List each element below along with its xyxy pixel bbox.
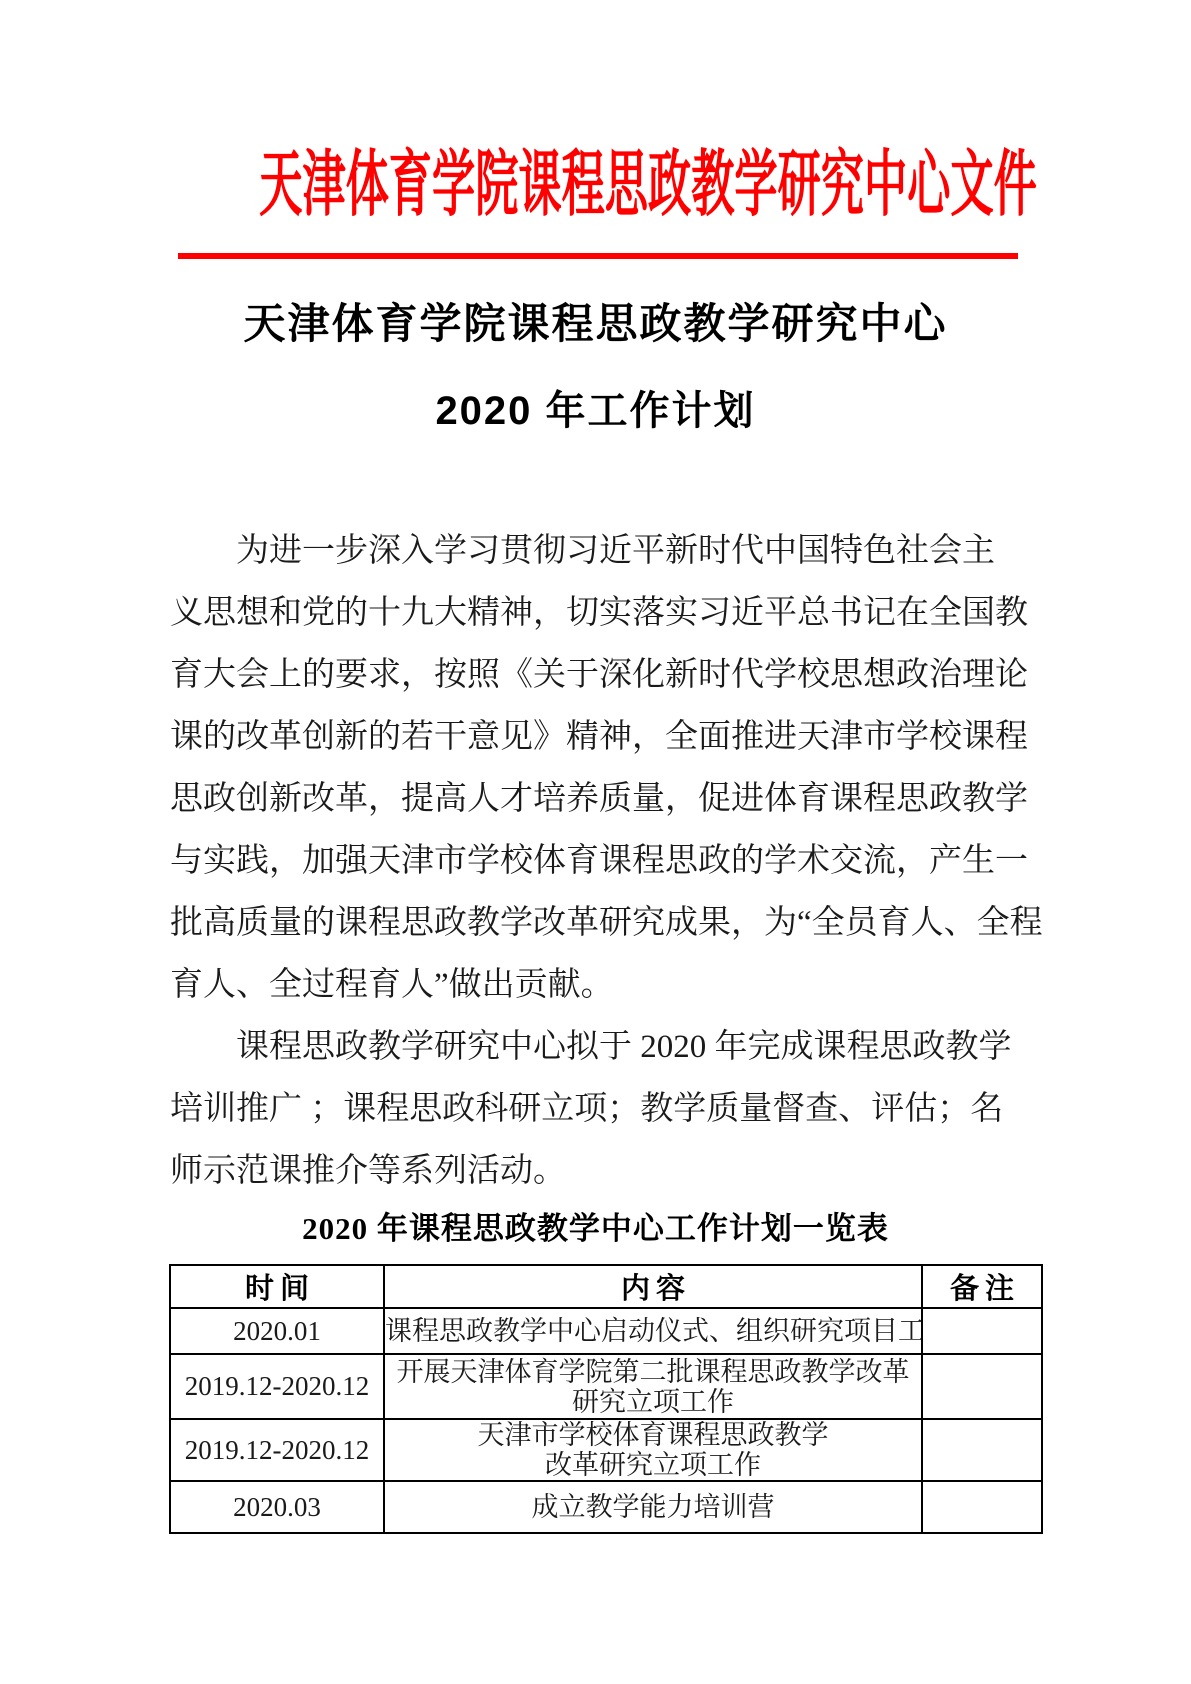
content-cell: 成立教学能力培训营	[384, 1481, 922, 1533]
table-row: 2019.12-2020.12 开展天津体育学院第二批课程思政教学改革研究立项工…	[170, 1354, 1042, 1419]
header-cell-content: 内容	[384, 1265, 922, 1308]
header-row: 时间 内容 备注	[170, 1265, 1042, 1308]
plan-table-title: 2020 年课程思政教学中心工作计划一览表	[0, 1206, 1191, 1252]
time-cell: 2020.01	[170, 1308, 384, 1354]
content-line: 成立教学能力培训营	[385, 1492, 921, 1522]
letterhead: 天津体育学院课程思政教学研究中心文件	[0, 144, 1191, 226]
body-text-line: 师示范课推介等系列活动。	[170, 1140, 1050, 1202]
doc-title-line2: 2020 年工作计划	[0, 386, 1191, 436]
note-cell	[922, 1481, 1042, 1533]
table-row: 2019.12-2020.12 天津市学校体育课程思政教学改革研究立项工作	[170, 1419, 1042, 1481]
body-text-line: 义思想和党的十九大精神，切实落实习近平总书记在全国教	[170, 582, 1050, 644]
table-row: 2020.03 成立教学能力培训营	[170, 1481, 1042, 1533]
content-line: 研究立项工作	[385, 1387, 921, 1417]
body-text-line: 与实践，加强天津市学校体育课程思政的学术交流，产生一	[170, 830, 1050, 892]
content-cell: 课程思政教学中心启动仪式、组织研究项目工作	[384, 1308, 922, 1354]
body-text-line: 培训推广 ；课程思政科研立项；教学质量督查、评估；名	[170, 1078, 1050, 1140]
body-text-line: 思政创新改革，提高人才培养质量，促进体育课程思政教学	[170, 768, 1050, 830]
body-text-line: 课程思政教学研究中心拟于 2020 年完成课程思政教学	[170, 1016, 1050, 1078]
document-page: 天津体育学院课程思政教学研究中心文件 天津体育学院课程思政教学研究中心 2020…	[0, 0, 1191, 1684]
content-line: 改革研究立项工作	[385, 1450, 921, 1480]
time-cell: 2019.12-2020.12	[170, 1419, 384, 1481]
plan-table: 时间 内容 备注 2020.01 课程思政教学中心启动仪式、组织研究项目工作 2…	[169, 1264, 1043, 1534]
letterhead-divider-rule	[178, 253, 1018, 259]
note-cell	[922, 1354, 1042, 1419]
content-line: 开展天津体育学院第二批课程思政教学改革	[385, 1357, 921, 1387]
header-cell-time: 时间	[170, 1265, 384, 1308]
content-cell: 开展天津体育学院第二批课程思政教学改革研究立项工作	[384, 1354, 922, 1419]
content-line: 天津市学校体育课程思政教学	[385, 1420, 921, 1450]
body-text-line: 为进一步深入学习贯彻习近平新时代中国特色社会主	[170, 520, 1050, 582]
time-cell: 2019.12-2020.12	[170, 1354, 384, 1419]
note-cell	[922, 1308, 1042, 1354]
time-cell: 2020.03	[170, 1481, 384, 1533]
body-text-line: 课的改革创新的若干意见》精神，全面推进天津市学校课程	[170, 706, 1050, 768]
header-cell-note: 备注	[922, 1265, 1042, 1308]
letterhead-title: 天津体育学院课程思政教学研究中心文件	[259, 144, 1037, 226]
table-row: 2020.01 课程思政教学中心启动仪式、组织研究项目工作	[170, 1308, 1042, 1354]
body-paragraphs: 为进一步深入学习贯彻习近平新时代中国特色社会主义思想和党的十九大精神，切实落实习…	[170, 520, 1050, 1202]
content-cell: 天津市学校体育课程思政教学改革研究立项工作	[384, 1419, 922, 1481]
plan-table-header: 时间 内容 备注	[170, 1265, 1042, 1308]
note-cell	[922, 1419, 1042, 1481]
body-text-line: 育人、全过程育人”做出贡献。	[170, 954, 1050, 1016]
doc-title-line1: 天津体育学院课程思政教学研究中心	[0, 296, 1191, 352]
plan-table-body: 2020.01 课程思政教学中心启动仪式、组织研究项目工作 2019.12-20…	[170, 1308, 1042, 1533]
content-line: 课程思政教学中心启动仪式、组织研究项目工作	[385, 1316, 921, 1346]
body-text-line: 育大会上的要求，按照《关于深化新时代学校思想政治理论	[170, 644, 1050, 706]
body-text-line: 批高质量的课程思政教学改革研究成果，为“全员育人、全程	[170, 892, 1050, 954]
